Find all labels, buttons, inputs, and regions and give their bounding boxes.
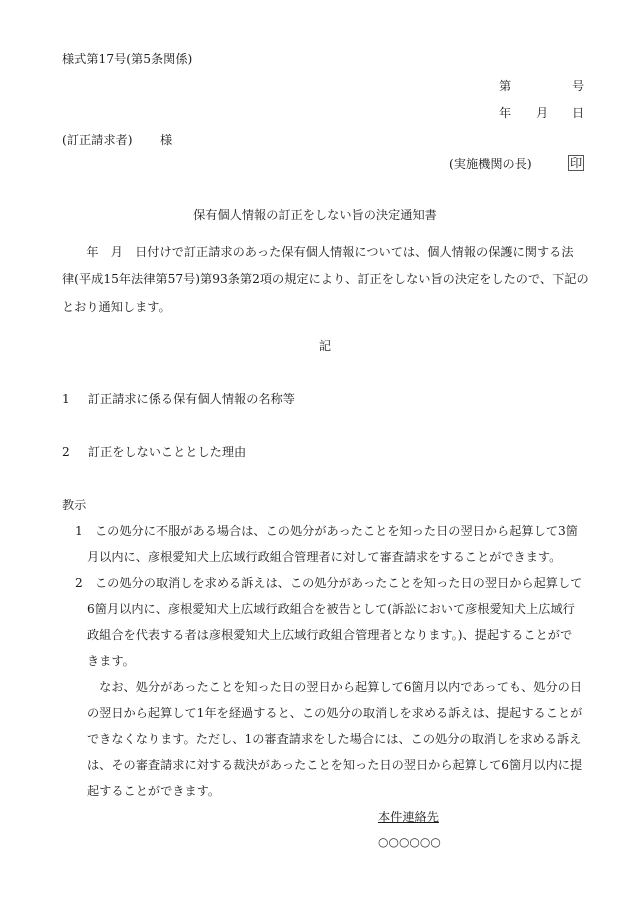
date-month: 月 (536, 106, 548, 120)
instruction-line: なお、処分があったことを知った日の翌日から起算して6箇月以内であっても、処分の日 (87, 680, 582, 694)
instruction-line: 月以内に、彦根愛知犬上広域行政組合管理者に対して審査請求をすることができます。 (87, 550, 561, 564)
seal-icon: 印 (568, 155, 584, 171)
instruction-line: 6箇月以内に、彦根愛知犬上広域行政組合を被告として(訴訟において彦根愛知犬上広域… (87, 602, 575, 616)
instruction-line: できなくなります。ただし、1の審査請求をした場合には、この処分の取消しを求める訴… (87, 732, 581, 746)
ki-heading: 記 (0, 339, 630, 353)
contact-label: 本件連絡先 (378, 810, 439, 824)
doc-number-suffix: 号 (572, 79, 584, 93)
instruction-line: きます。 (87, 654, 135, 668)
instruction-line: 1 この処分に不服がある場合は、この処分があったことを知った日の翌日から起算して… (75, 524, 578, 538)
date-day: 日 (572, 106, 584, 120)
recipient-label: (訂正請求者) (62, 133, 132, 147)
instruction-line: 2 この処分の取消しを求める訴えは、この処分があったことを知った日の翌日から起算… (75, 576, 582, 590)
item-label: 訂正をしないこととした理由 (88, 445, 246, 459)
seal-mark: 印 (568, 155, 584, 171)
instruction-line: は、その審査請求に対する裁決があったことを知った日の翌日から起算して6箇月以内に… (87, 758, 582, 772)
date-year: 年 (499, 106, 511, 120)
instruction-line: 起することができます。 (87, 784, 220, 798)
item-number: 2 (62, 445, 70, 459)
document-title: 保有個人情報の訂正をしない旨の決定通知書 (0, 208, 630, 222)
body-line-2: 律(平成15年法律第57号)第93条第2項の規定により、訂正をしない旨の決定をし… (62, 272, 589, 286)
sender-label: (実施機関の長) (449, 157, 532, 171)
instruction-line: の翌日から起算して1年を経過すると、この処分の取消しを求める訴えは、提起すること… (87, 706, 582, 720)
item-label: 訂正請求に係る保有個人情報の名称等 (88, 392, 295, 406)
item-1: 1訂正請求に係る保有個人情報の名称等 (62, 392, 295, 406)
body-line-3: とおり通知します。 (62, 300, 171, 314)
instruction-line: 政組合を代表する者は彦根愛知犬上広域行政組合管理者となります。)、提起することが… (87, 628, 572, 642)
body-line-1: 年 月 日付けで訂正請求のあった保有個人情報については、個人情報の保護に関する法 (62, 245, 574, 259)
instruction-heading: 教示 (62, 498, 86, 512)
recipient-honorific: 様 (160, 133, 172, 147)
item-number: 1 (62, 392, 70, 406)
contact-value: ○○○○○○ (378, 835, 441, 849)
item-2: 2訂正をしないこととした理由 (62, 445, 246, 459)
doc-number-prefix: 第 (499, 79, 511, 93)
form-number: 様式第17号(第5条関係) (62, 52, 192, 66)
